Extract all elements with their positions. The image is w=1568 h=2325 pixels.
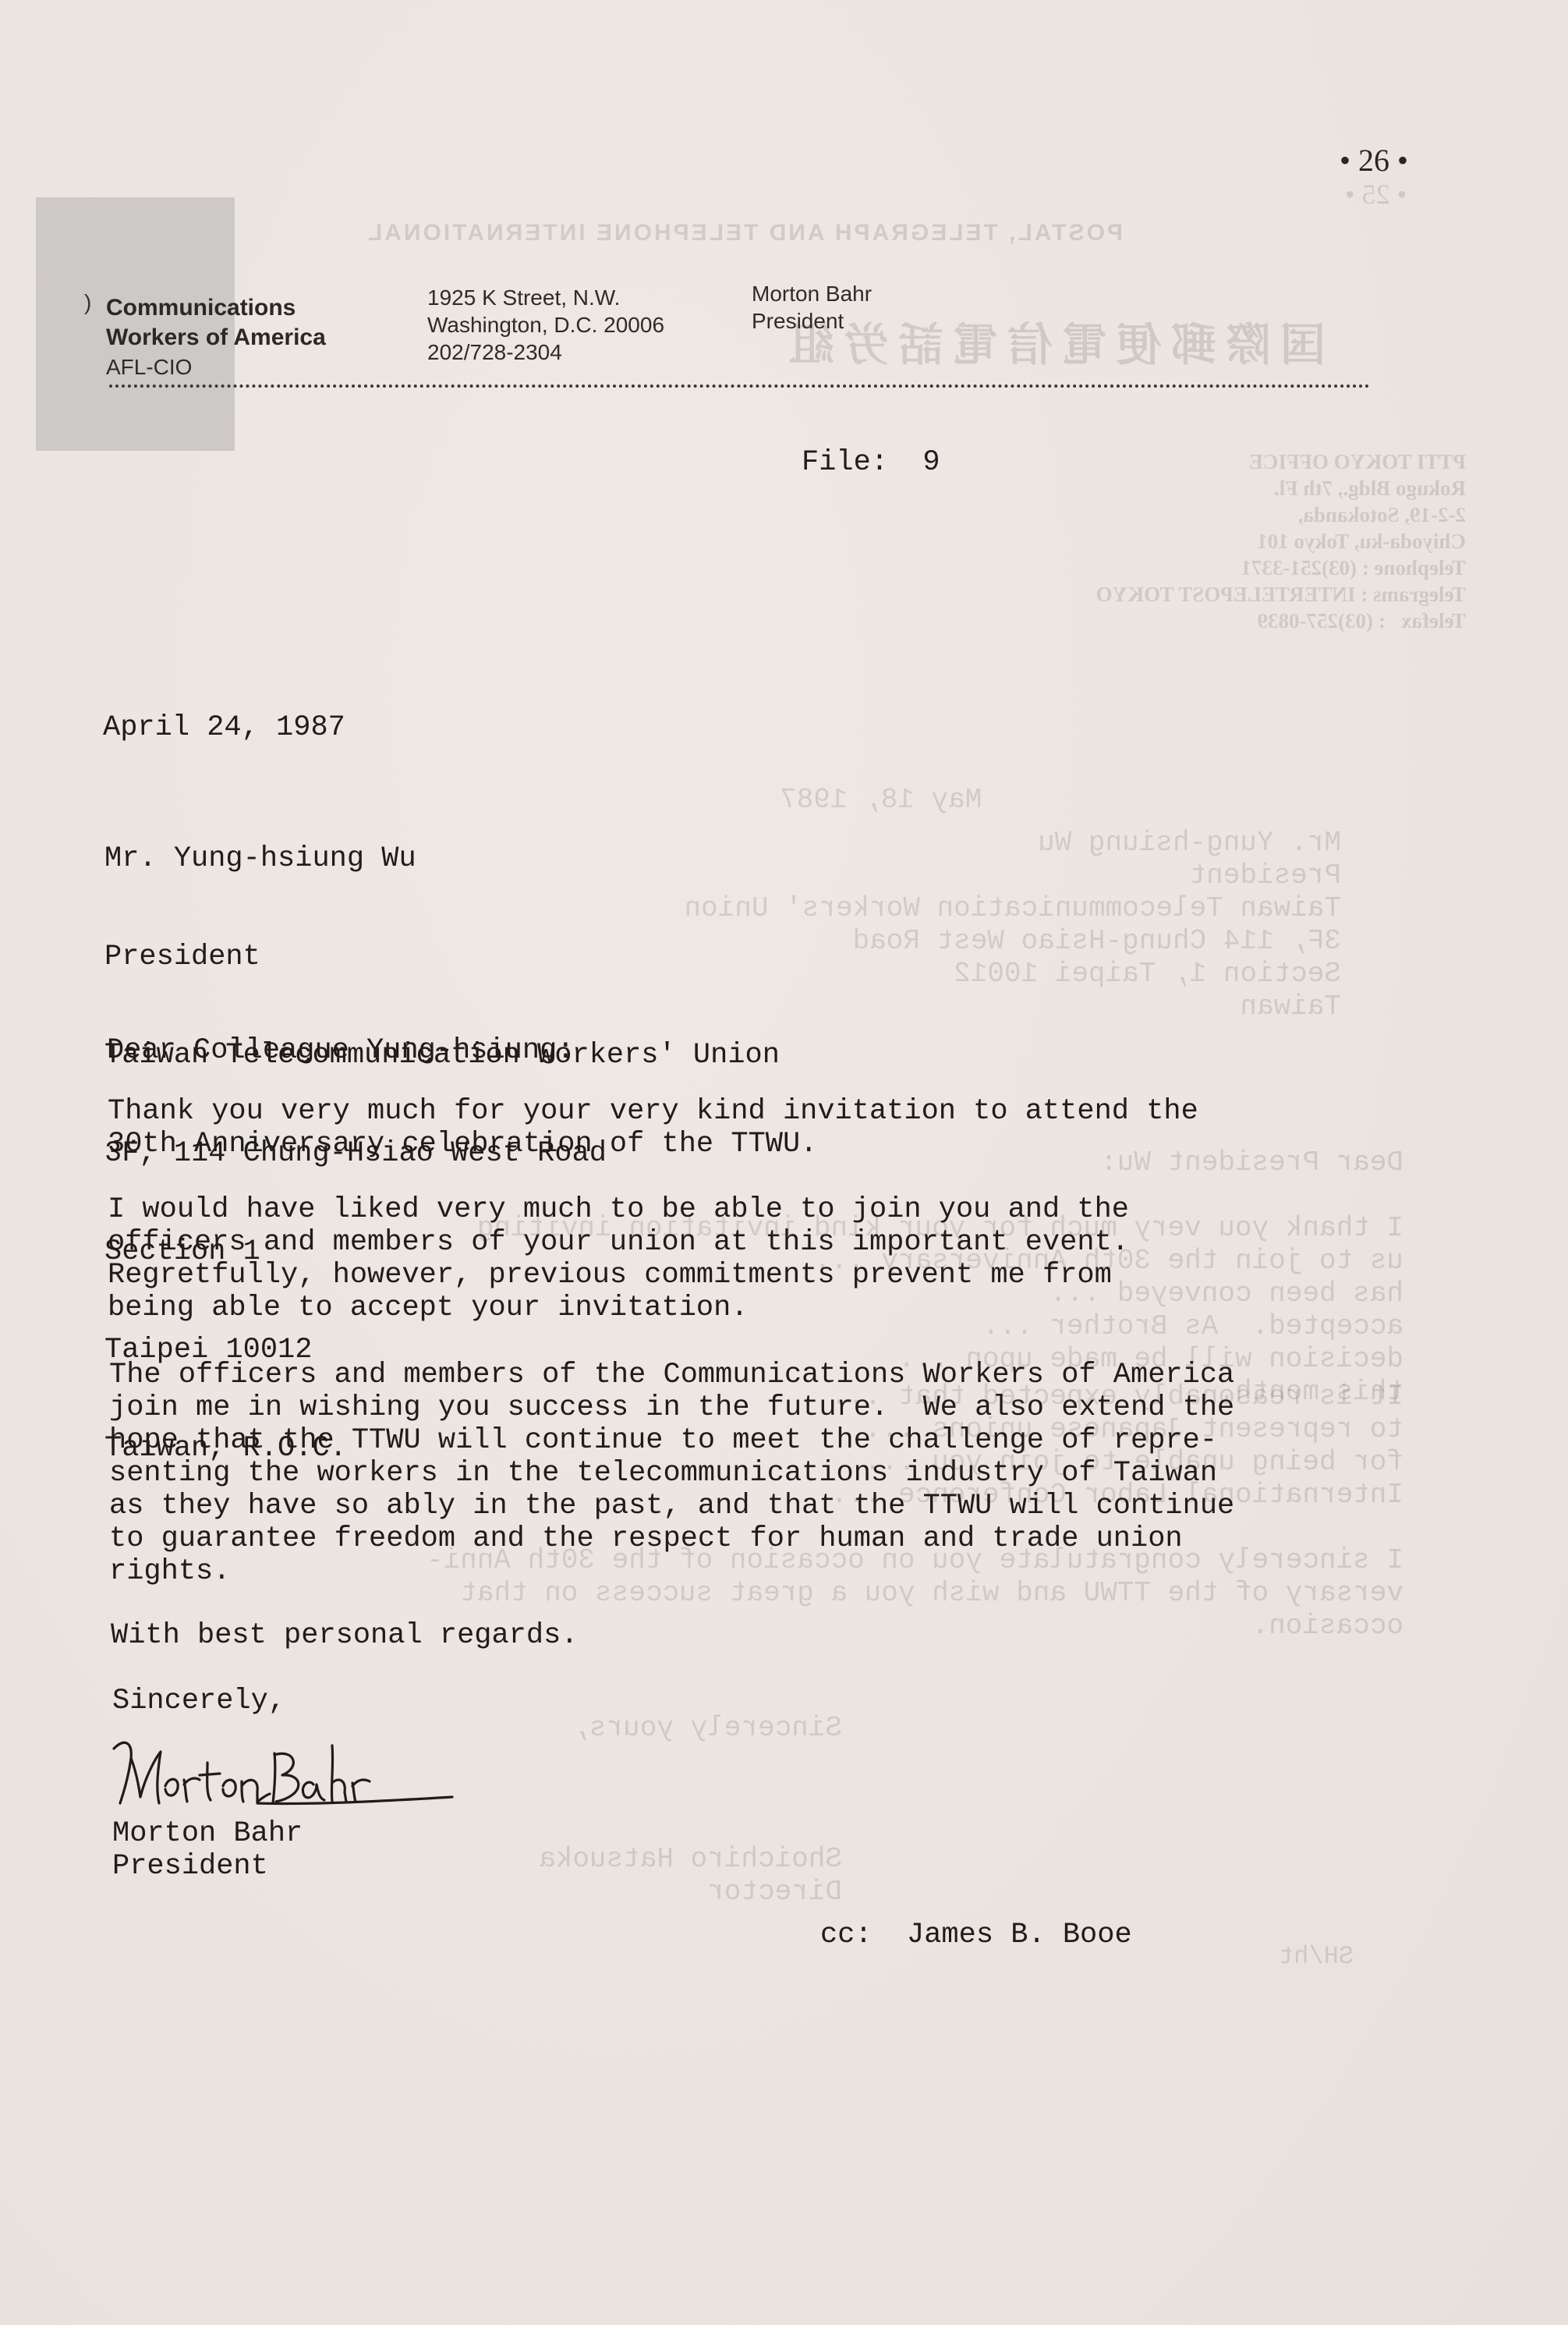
show-through-initials: SH/ht [1279,1942,1354,1971]
closing: Sincerely, [112,1685,285,1717]
organization-name-line1: Communications [106,293,326,323]
recipient-line: President [104,941,780,973]
handwritten-signature [109,1731,460,1817]
salutation: Dear Colleague Yung-hsiung: [107,1034,575,1067]
letterhead-organization: Communications Workers of America AFL-CI… [106,293,326,382]
letter-page: • 25 • POSTAL, TELEGRAPH AND TELEPHONE I… [0,0,1568,2325]
organization-name-line2: Workers of America [106,323,326,353]
address-phone: 202/728-2304 [427,338,664,366]
body-paragraph-3: The officers and members of the Communic… [109,1359,1234,1588]
letter-date: April 24, 1987 [103,711,345,744]
officer-name: Morton Bahr [752,280,872,307]
body-paragraph-4: With best personal regards. [111,1619,579,1652]
show-through-closing: Sincerely yours, Shoichiro Hatsuoka Dire… [405,1712,842,1909]
show-through-header: POSTAL, TELEGRAPH AND TELEPHONE INTERNAT… [374,220,1123,246]
cc-line: cc: James B. Booe [820,1919,1132,1951]
logo-mark-icon: ) [84,290,91,315]
letterhead-officer: Morton Bahr President [752,280,872,335]
address-city: Washington, D.C. 20006 [427,311,664,338]
organization-affiliation: AFL-CIO [106,353,326,382]
page-number: • 26 • [1340,142,1408,179]
show-through-office: PTTI TOKYO OFFICE Rokugo Bldg., 7th Fl. … [1014,448,1466,634]
letterhead-dotted-rule [109,385,1370,388]
address-street: 1925 K Street, N.W. [427,284,664,311]
body-paragraph-2: I would have liked very much to be able … [108,1193,1129,1324]
file-reference: File: 9 [802,446,940,479]
recipient-line: Mr. Yung-hsiung Wu [104,842,780,875]
show-through-date: May 18, 1987 [780,784,982,816]
signature-block: Morton Bahr President [112,1817,303,1883]
officer-title: President [752,307,872,335]
letterhead-address: 1925 K Street, N.W. Washington, D.C. 200… [427,284,664,366]
body-paragraph-1: Thank you very much for your very kind i… [108,1095,1198,1161]
show-through-page-number: • 25 • [1345,178,1407,211]
